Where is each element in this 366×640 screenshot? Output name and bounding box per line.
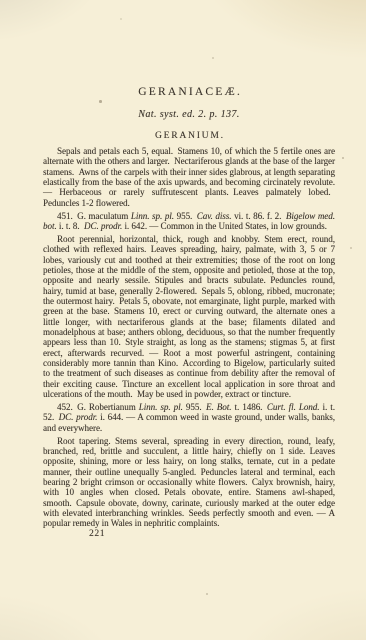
page-number: 221 (89, 529, 335, 539)
text-segment: i. 642. — Common in the United States, i… (122, 221, 327, 231)
citation-italic-segment: Curt. fl. Lond. (267, 402, 320, 412)
text-segment: Root perennial, horizontal, thick, rough… (43, 234, 335, 399)
genus-heading: GERANIUM. (43, 131, 335, 141)
paper-speck (350, 247, 352, 249)
species-452-citation: 452. G. Robertianum Linn. sp. pl. 955. E… (43, 402, 335, 433)
citation-italic-segment: Linn. sp. pl. (131, 211, 174, 221)
text-segment: t. 1486. (231, 402, 266, 412)
text-segment: 955. (174, 211, 197, 221)
species-451-description: Root perennial, horizontal, thick, rough… (43, 234, 335, 400)
text-segment: Root tapering. Stems several, spreading … (43, 436, 335, 529)
citation-italic-segment: Linn. sp. pl. (139, 402, 183, 412)
citation-italic-segment: DC. prodr. (84, 221, 122, 231)
nat-syst-reference: Nat. syst. ed. 2. p. 137. (43, 109, 335, 120)
citation-italic-segment: Cav. diss. (197, 211, 232, 221)
species-451-citation: 451. G. maculatum Linn. sp. pl. 955. Cav… (43, 211, 335, 232)
text-segment: 955. (183, 402, 206, 412)
family-heading: GERANIACEÆ. (43, 86, 335, 98)
book-page: GERANIACEÆ. Nat. syst. ed. 2. p. 137. GE… (0, 0, 366, 640)
text-segment: 451. G. maculatum (57, 211, 131, 221)
paper-speck (120, 18, 122, 20)
text-segment: Sepals and petals each 5, equal. Stamens… (43, 146, 335, 208)
citation-italic-segment: E. Bot. (206, 402, 231, 412)
paper-speck (342, 157, 344, 159)
text-segment: 452. G. Robertianum (57, 402, 139, 412)
paper-speck (212, 57, 214, 59)
text-block: Sepals and petals each 5, equal. Stamens… (43, 146, 335, 529)
text-segment: vi. t. 86. f. 2. (232, 211, 286, 221)
paper-speck (206, 593, 208, 595)
text-segment: i. t. 8. (57, 221, 84, 231)
page-content: GERANIACEÆ. Nat. syst. ed. 2. p. 137. GE… (0, 0, 366, 539)
paper-speck (99, 100, 102, 103)
citation-italic-segment: DC. prodr. (59, 412, 98, 422)
genus-character-paragraph: Sepals and petals each 5, equal. Stamens… (43, 146, 335, 208)
species-452-description: Root tapering. Stems several, spreading … (43, 436, 335, 529)
